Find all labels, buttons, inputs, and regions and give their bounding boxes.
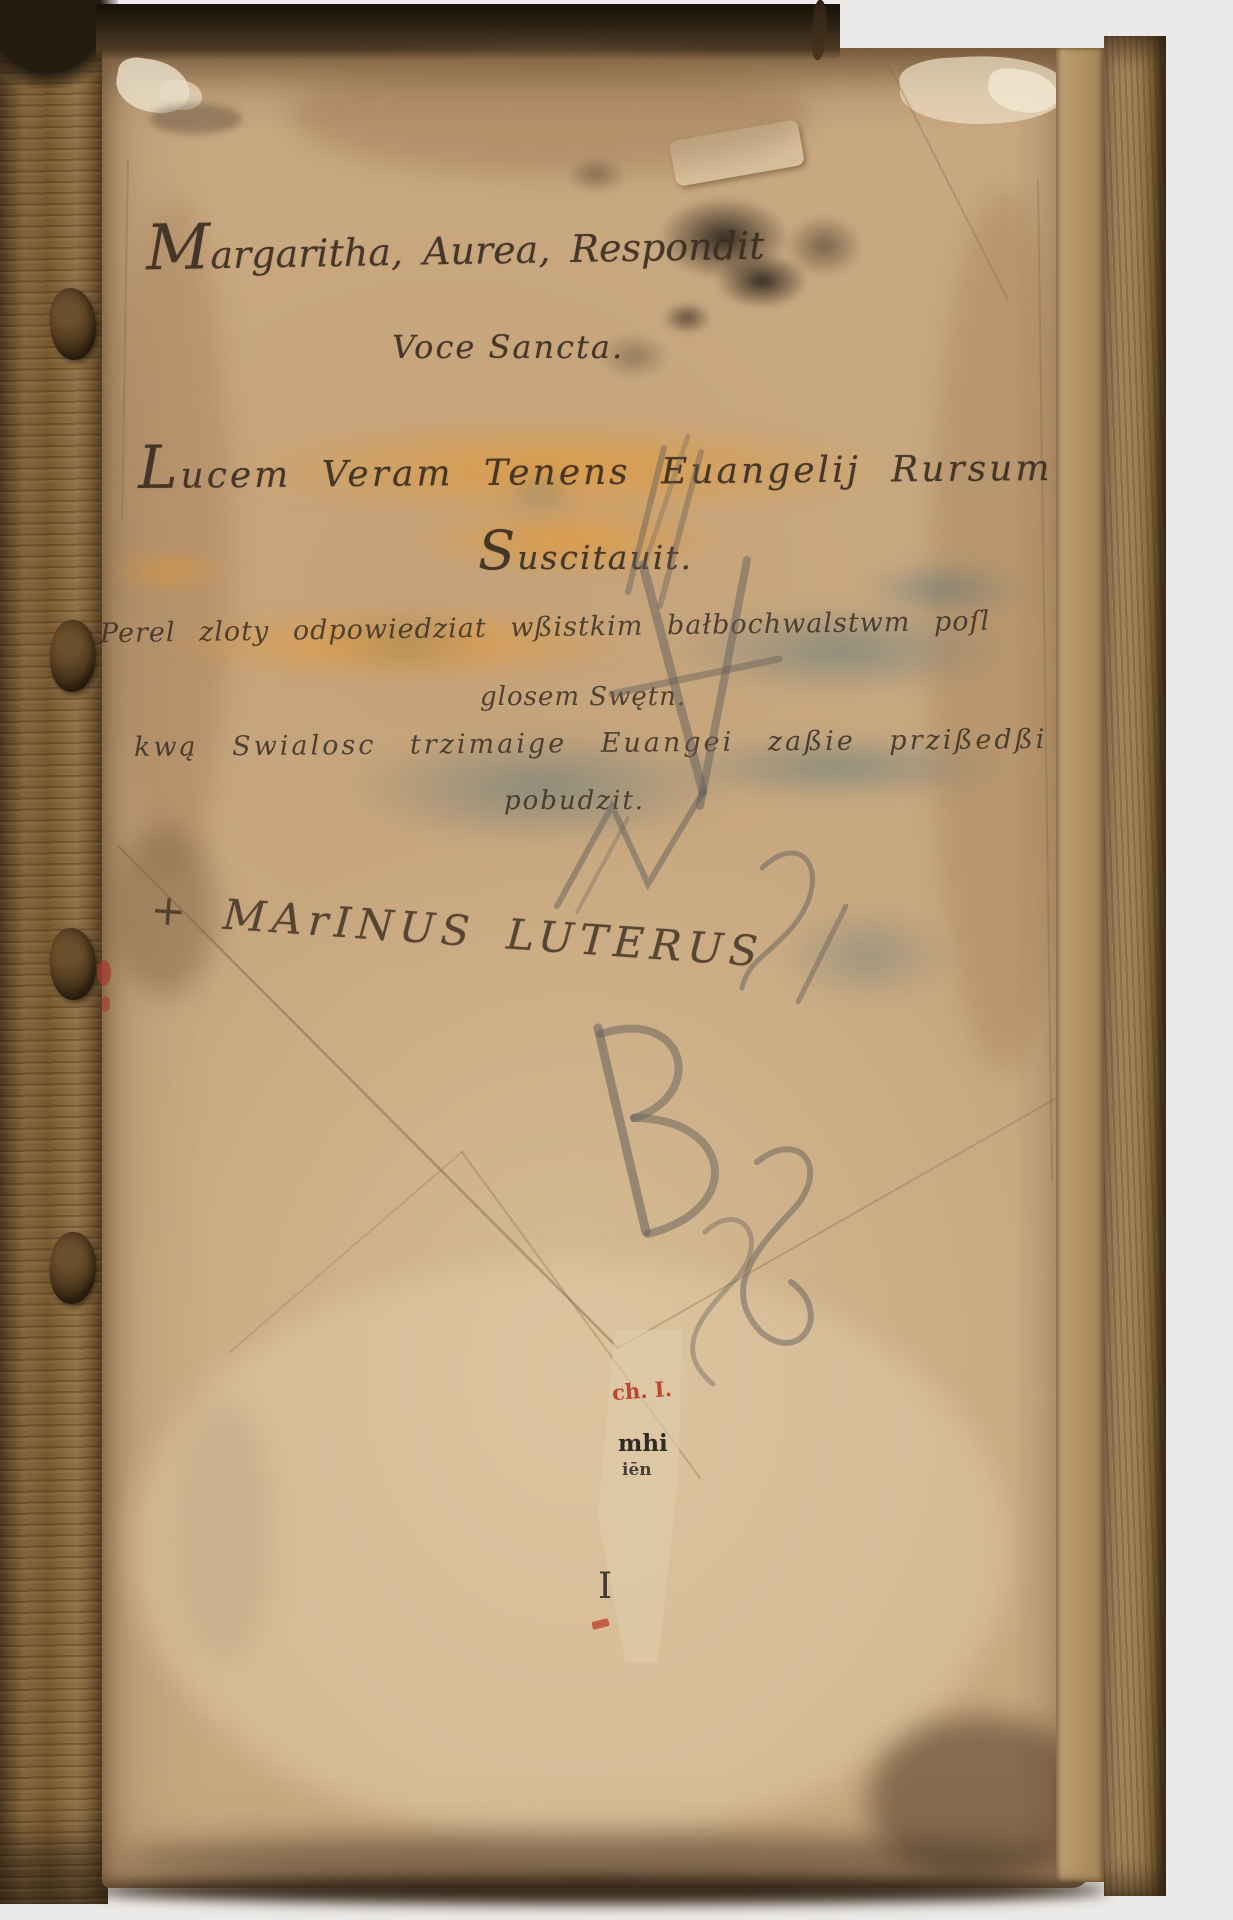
stain [290,54,810,174]
orange-highlight-wash [90,540,250,602]
inscription-latin-line1: Margaritha, Aurea, Respondit [145,201,764,285]
fragment-blackletter-word: mhi [618,1430,668,1457]
inscription-polish-line4: pobudzit. [504,786,645,816]
ink-smudge [556,150,636,200]
fragment-blackletter-word: iēn [622,1460,652,1480]
red-paint-speck [97,960,111,986]
book-block-fore-edge [1104,36,1166,1896]
inscription-latin-line2: Voce Sancta. [392,328,624,366]
page-edges-texture [1104,36,1166,1896]
page-fold-strip [1056,48,1104,1882]
blue-gray-wash [752,890,982,1020]
top-edge-shadow [96,4,840,60]
faded-stamp-mark [150,104,242,134]
book-bottom-shadow [92,1876,1108,1904]
inscription-latin-line4: Suscitauit. [478,518,693,582]
fragment-red-heading: ch. I. [611,1376,672,1405]
photo-of-book-flyleaf: Margaritha, Aurea, Respondit Voce Sancta… [0,0,1233,1920]
inscription-polish-line2: glosem Swętn. [480,682,686,712]
fragment-roman-numeral: I [598,1566,612,1607]
red-paint-speck [101,996,110,1012]
inscription-latin-line3: Lucem Veram Tenens Euangelij Rursum [138,426,1053,503]
clean-paper-area [130,1260,1010,1840]
ink-smudge [772,204,876,288]
